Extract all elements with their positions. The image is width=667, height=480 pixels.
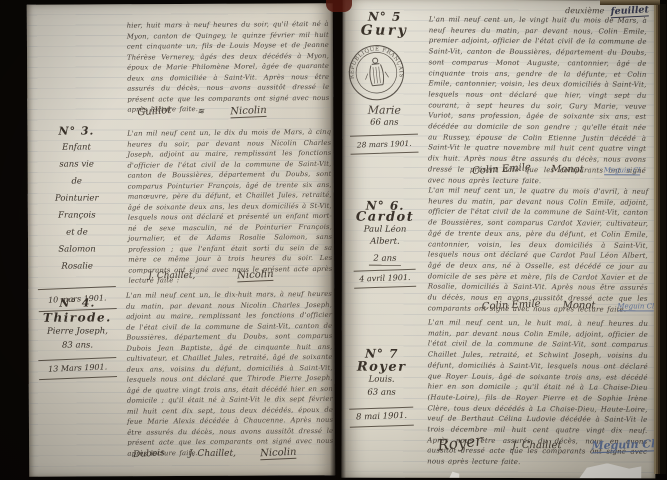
signature-monot: Monot [563,300,596,311]
margin-note-entry4: N° 4. Thirode. Pierre Joseph, 83 ans. 13… [32,296,122,378]
entry-continuation-text: hier, huit mars à neuf heures du soir, q… [127,19,330,115]
margin-note-entry3: N° 3. Enfant sans vie de Pointurier Fran… [31,122,122,310]
entry4-name: Thirode. [32,310,122,324]
entry6-text: L'an mil neuf cent un, le quatre du mois… [428,185,649,315]
entry6-date: 4 avril 1901. [354,269,417,289]
signature-nicolin: Nicolin [230,105,267,118]
right-register-page: deuxièmefeuillet N° 5 Gury RÉPUBLIQUE FR… [341,0,656,478]
entry4-margin-line: Pierre Joseph, [32,324,122,338]
entry5-text: L'an mil neuf cent un, le vingt huit du … [428,14,647,187]
signature-row: Guillot ≋ Nicolin [137,105,333,118]
republique-francaise-stamp: RÉPUBLIQUE FRANÇAISE [345,41,409,105]
signature-dubois: Dubois [133,448,165,460]
signature-chaillet: J. Chaillet [512,440,561,451]
left-register-page: hier, huit mars à neuf heures du soir, q… [27,3,335,477]
entry3-margin-line: Pointurier [32,190,122,207]
entry6-margin-line: Paul Léon [348,224,422,236]
entry6-margin-line: Albert. [348,236,422,248]
signature-chaillet: J. Chaillet, [189,449,236,459]
signature-row: Dubois J. Chaillet, Nicolin [133,447,333,460]
book-gutter [330,0,346,480]
entry4-date: 13 Mars 1901. [38,357,117,380]
entry5-date: 28 mars 1901. [350,134,419,155]
torn-edge-notch [449,471,459,478]
entry5-number: N° 5 [345,10,425,24]
margin-note-entry6: N° 6. Cardot Paul Léon Albert. 2 ans 4 a… [348,200,422,288]
signature-royer: Royer [437,431,484,454]
entry4-text: L'an mil neuf cent un, le dix-huit mars,… [126,289,333,459]
margin-note-entry5-details: Marie 66 ans 28 mars 1901. [344,104,424,154]
signature-row: Colin Emile Monot Meguin Cl [472,164,648,175]
entry3-margin-line: François [32,207,122,224]
signature-colin-emile: Colin Emile [482,299,541,313]
entry3-margin-line: et de [32,224,122,241]
signature-guillot: Guillot [137,105,172,119]
entry3-margin-line: sans vie [32,156,122,173]
signature-nicolin: Nicolin [260,447,297,460]
page-stack-edge [654,4,666,474]
folio-word: deuxième [565,6,604,15]
entry6-name: Cardot [348,212,422,224]
signature-chaillet: J. Chaillet, [148,271,195,281]
svg-text:RÉPUBLIQUE FRANÇAISE: RÉPUBLIQUE FRANÇAISE [345,41,405,84]
entry3-margin-line: de [32,173,122,190]
entry7-age: 63 ans [344,387,420,400]
signature-monot: Monot [551,164,584,175]
signature-meguin: Meguin Cl [604,166,641,175]
entry3-margin-line: Salomon [32,241,122,258]
signature-meguin: Meguin Cl [617,302,654,311]
entry4-number: N° 4. [32,296,122,310]
entry5-age: 66 ans [344,117,424,130]
marianne-figure-icon [363,57,389,86]
signature-nicolin: Nicolin [237,269,274,282]
entry7-date: 8 mai 1901. [349,407,414,428]
page-stack-edge-top [600,0,660,5]
margin-note-entry7: N° 7 Royer Louis. 63 ans 8 mai 1901. [344,348,420,427]
entry7-margin-line: Louis. [344,374,420,387]
signature-row: Royer J. Chaillet Meguin Cl [437,434,647,453]
stamp-text: RÉPUBLIQUE FRANÇAISE [345,41,405,84]
signature-row: J. Chaillet, Nicolin [148,269,332,282]
paraph-mark: ≋ [197,107,204,116]
signature-row: Colin Emile Monot Meguin Cl [482,300,648,311]
signature-meguin: Meguin Cl [591,437,655,453]
entry3-number: N° 3. [31,122,121,139]
entry5-firstname: Marie [344,104,424,117]
entry3-margin-line: Enfant [31,139,121,156]
register-scan: { "colors": { "paper": "#d6d0c2", "ink":… [0,0,667,480]
margin-note-entry5: N° 5 Gury [345,10,425,38]
entry5-name: Gury [345,24,425,38]
entry3-text: L'an mil neuf cent un, le dix du mois de… [127,127,332,286]
entry6-age: 2 ans [348,253,422,266]
entry3-margin-line: Rosalie [32,258,122,275]
book-spine [326,0,352,12]
entry7-name: Royer [344,361,420,374]
signature-colin-emile: Colin Emile [472,162,531,177]
entry4-margin-line: 83 ans. [33,338,123,352]
